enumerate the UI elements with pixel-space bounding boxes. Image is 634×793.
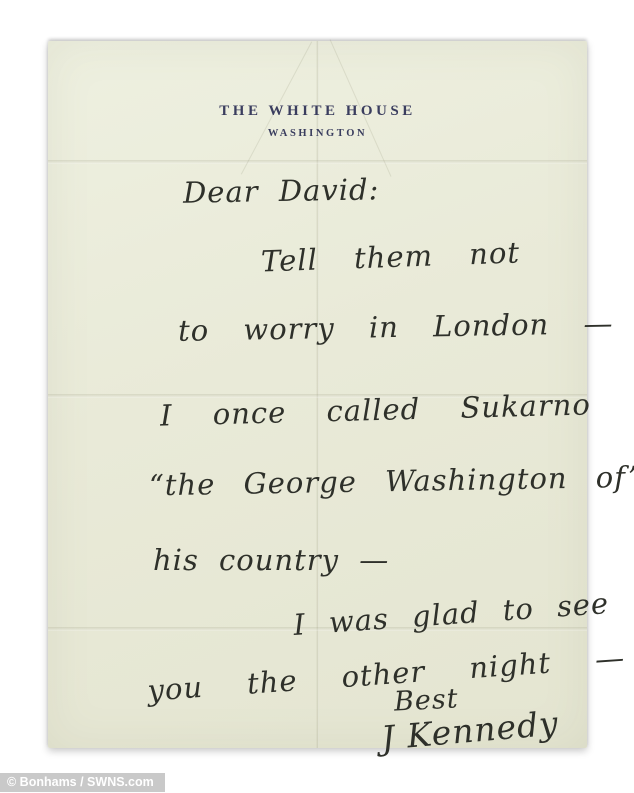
handwritten-line: you the other night — — [146, 640, 626, 707]
salutation-line: Dear David: — [183, 172, 380, 209]
handwritten-line: to worry in London — — [178, 306, 614, 348]
fold-crease-top — [48, 160, 587, 164]
letterhead-subtitle: WASHINGTON — [48, 128, 587, 139]
letterhead-title: THE WHITE HOUSE — [48, 103, 587, 120]
letter-paper: THE WHITE HOUSE WASHINGTON Dear David: T… — [48, 41, 587, 748]
handwritten-line: “the George Washington of” — [149, 460, 634, 503]
letter-photo: THE WHITE HOUSE WASHINGTON Dear David: T… — [0, 0, 634, 793]
copyright-watermark: © Bonhams / SWNS.com — [0, 773, 165, 792]
handwritten-line: I was glad to see — [292, 586, 610, 642]
letterhead: THE WHITE HOUSE WASHINGTON — [48, 103, 587, 139]
handwritten-line: Tell them not — [260, 235, 520, 278]
handwritten-line: his country — — [153, 543, 389, 577]
